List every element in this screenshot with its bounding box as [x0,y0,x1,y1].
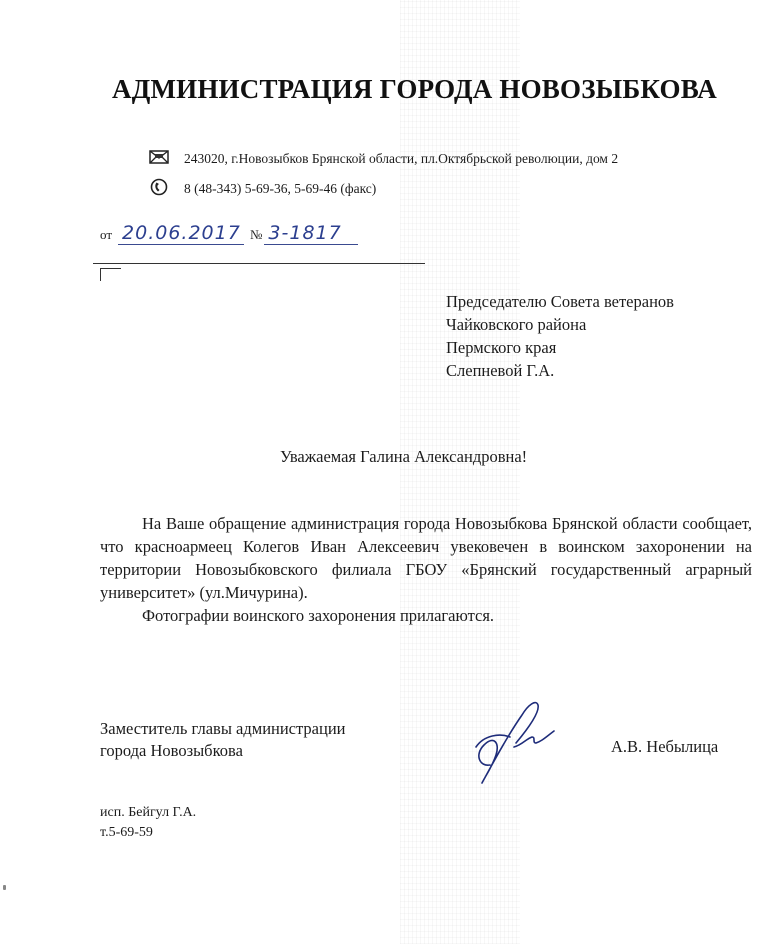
reference-line: от 20.06.2017 № 3-1817 [100,222,358,245]
body-paragraph: На Ваше обращение администрация города Н… [100,512,752,604]
executor-name: исп. Бейгул Г.А. [100,803,196,823]
signatory-position: Заместитель главы администрации города Н… [100,718,346,762]
addressee-line: Пермского края [446,336,674,359]
letterhead-title: АДМИНИСТРАЦИЯ ГОРОДА НОВОЗЫБКОВА [112,74,717,105]
reference-number-label: № [250,227,262,243]
letterhead-address: 243020, г.Новозыбков Брянской области, п… [184,151,618,167]
letter-body: На Ваше обращение администрация города Н… [100,512,752,627]
reference-from-label: от [100,227,112,243]
addressee-line: Слепневой Г.А. [446,359,674,382]
letterhead-phone: 8 (48-343) 5-69-36, 5-69-46 (факс) [184,181,376,197]
address-corner-mark [100,268,121,281]
executor-block: исп. Бейгул Г.А. т.5-69-59 [100,803,196,843]
letterhead-phone-row: 8 (48-343) 5-69-36, 5-69-46 (факс) [148,178,376,200]
greeting: Уважаемая Галина Александровна! [280,447,527,467]
envelope-icon [148,150,170,168]
addressee-block: Председателю Совета ветеранов Чайковског… [446,290,674,382]
phone-icon [148,178,170,200]
scan-speck [3,885,6,890]
signatory-position-line: города Новозыбкова [100,740,346,762]
scan-artifact-band [400,0,520,944]
letterhead-address-row: 243020, г.Новозыбков Брянской области, п… [148,150,618,168]
reference-date: 20.06.2017 [118,222,244,245]
reference-number: 3-1817 [264,222,358,245]
signatory-name: А.В. Небылица [611,737,718,757]
signatory-position-line: Заместитель главы администрации [100,718,346,740]
executor-phone: т.5-69-59 [100,823,196,843]
addressee-line: Председателю Совета ветеранов [446,290,674,313]
addressee-line: Чайковского района [446,313,674,336]
header-divider [93,263,425,264]
body-paragraph: Фотографии воинского захоронения прилага… [100,604,752,627]
handwritten-signature [470,695,570,785]
